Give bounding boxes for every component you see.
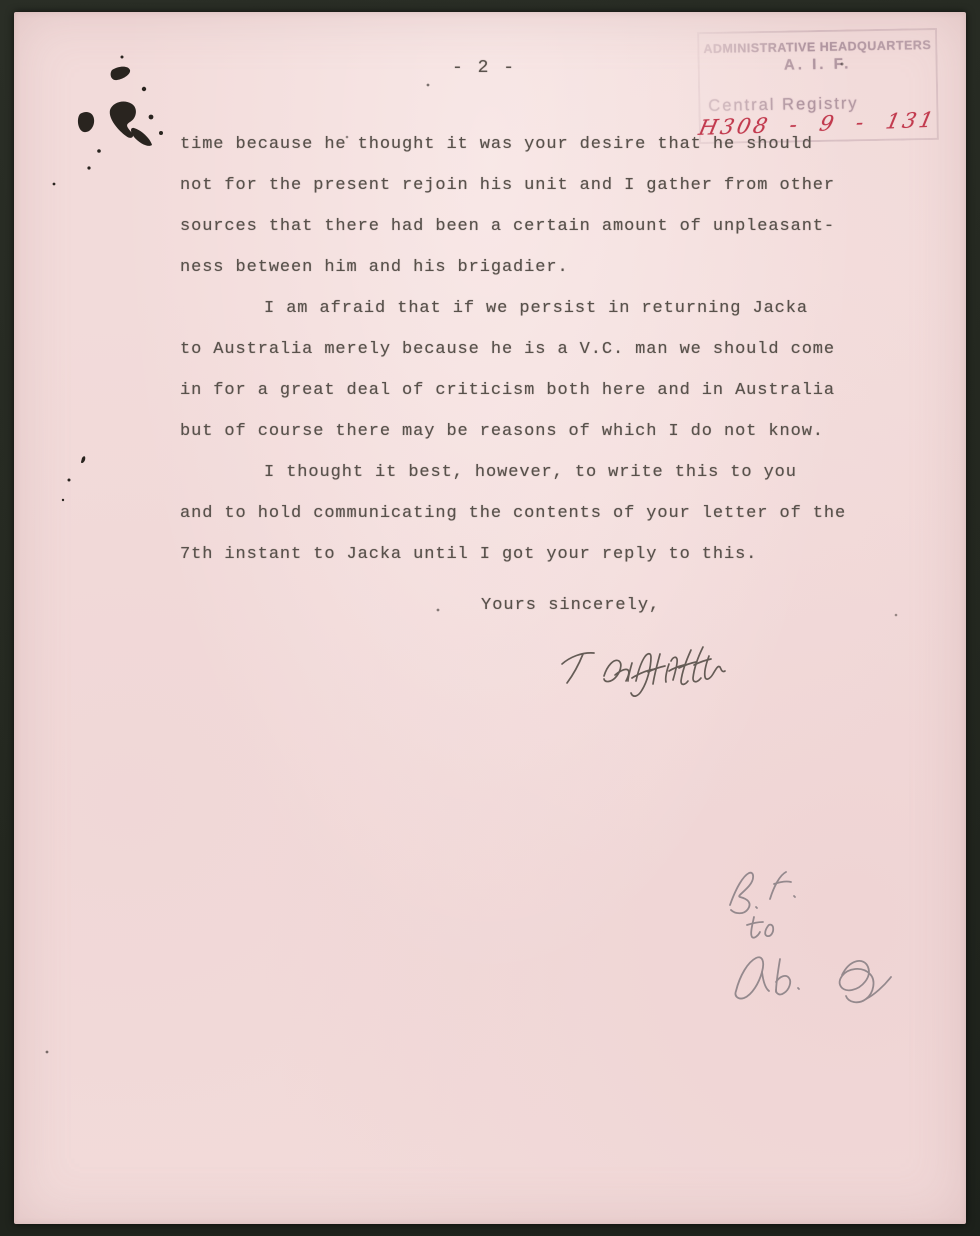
body-line: in for a great deal of criticism both he… [180,370,880,411]
body-line: 7th instant to Jacka until I got your re… [180,534,880,575]
pencil-annotation-handwritten [690,855,905,1030]
signature-handwritten [548,630,728,710]
body-line: but of course there may be reasons of wh… [180,411,880,452]
body-line: I am afraid that if we persist in return… [180,288,880,329]
body-line: and to hold communicating the contents o… [180,493,880,534]
body-line: I thought it best, however, to write thi… [180,452,880,493]
letter-page: - 2 - ADMINISTRATIVE HEADQUARTERS A. I. … [14,12,966,1224]
body-line: ness between him and his brigadier. [180,247,880,288]
body-line: to Australia merely because he is a V.C.… [180,329,880,370]
body-line: not for the present rejoin his unit and … [180,165,880,206]
stamp-org-name: ADMINISTRATIVE HEADQUARTERS [699,38,935,56]
body-line: sources that there had been a certain am… [180,206,880,247]
letter-body: time because he thought it was your desi… [180,124,880,575]
stamp-org-abbr: A. I. F. [699,54,935,75]
body-line: time because he thought it was your desi… [180,124,880,165]
closing-salutation: Yours sincerely, [481,596,660,615]
